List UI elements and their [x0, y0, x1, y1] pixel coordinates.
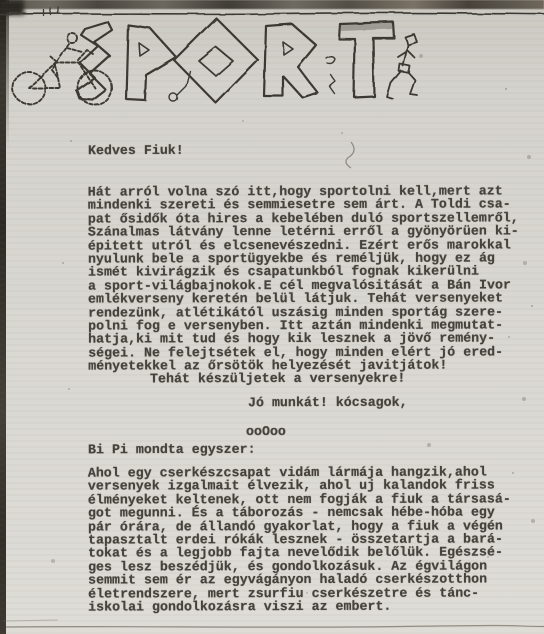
sport-letter-r: [264, 24, 317, 97]
paragraph-bipi-quote: Ahol egy cserkészcsapat vidám lármája ha…: [88, 465, 528, 614]
salutation: Kedves Fiuk!: [88, 144, 184, 158]
paragraph-sport: Hát arról volna szó itt,hogy sportolni k…: [88, 184, 528, 373]
closing-call: Tehát készüljetek a versenyekre!: [150, 372, 405, 386]
signoff: Jó munkát! kócsagok,: [248, 396, 408, 410]
left-binding-edge: [0, 0, 6, 634]
golf-club-doodle: [169, 71, 190, 101]
pencil-mark: [346, 142, 354, 168]
sport-letter-s: [77, 22, 112, 100]
corner-ink-blob: [0, 0, 24, 15]
bottom-rule-line-start: [4, 620, 58, 621]
sport-letter-o: [174, 18, 258, 103]
top-rule-line: [0, 13, 544, 14]
paper-specks: [0, 0, 2, 2]
top-ink-smudge-band: [0, 0, 544, 9]
bicycle-icon: [13, 7, 112, 105]
squiggle-doodle: [326, 56, 335, 93]
quote-intro: Bi Pi mondta egyszer:: [88, 443, 256, 457]
runner-icon: [387, 34, 417, 99]
sport-letter-p: [126, 25, 176, 100]
bottom-rule-line: [6, 625, 544, 627]
section-divider: ooOoo: [246, 425, 286, 439]
scanned-newsletter-page: SPORT: [0, 0, 544, 634]
sport-letter-t: [339, 22, 394, 97]
